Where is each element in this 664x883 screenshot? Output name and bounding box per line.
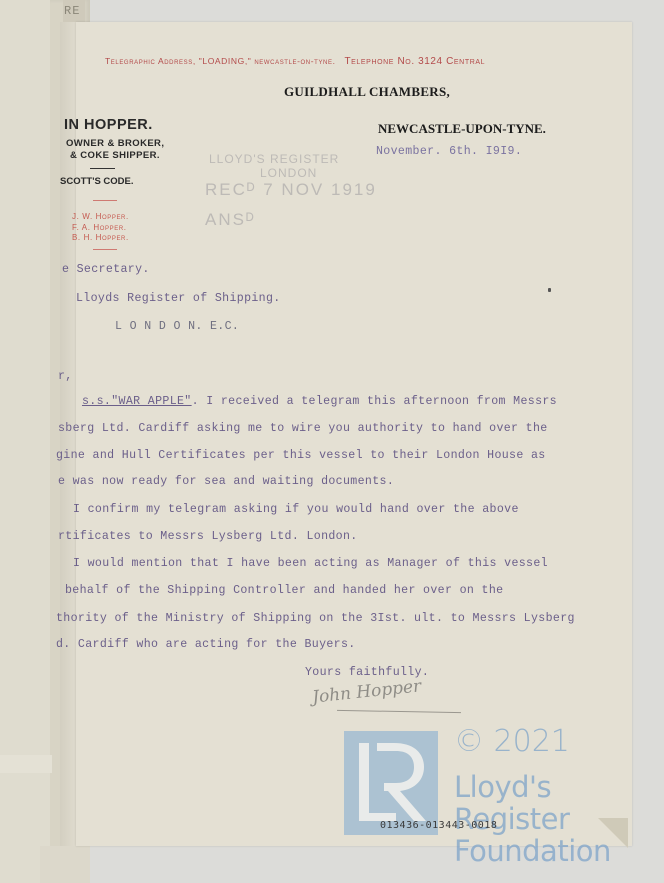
body-line-8: behalf of the Shipping Controller and ha… (65, 584, 503, 597)
telephone-number: Telephone No. 3124 Central (344, 56, 485, 67)
addressee-line-2: Lloyds Register of Shipping. (76, 292, 281, 305)
watermark-organization: Lloyd's Register Foundation (454, 771, 664, 867)
partners-divider-bottom (93, 249, 117, 250)
ink-speck (548, 288, 551, 292)
stamp-line-1: LLOYD'S REGISTER (209, 152, 339, 166)
addressee-line-1: e Secretary. (62, 263, 150, 276)
underlying-sheet-bottom (40, 846, 90, 883)
partner-name: J. W. Hopper. (72, 212, 129, 223)
stamp-line-3: RECᴰ 7 NOV 1919 (205, 180, 377, 200)
body-line-9: thority of the Ministry of Shipping on t… (56, 612, 575, 625)
letterhead-city: NEWCASTLE-UPON-TYNE. (378, 121, 546, 137)
body-line-3: gine and Hull Certificates per this vess… (56, 449, 546, 462)
firm-description-2: & COKE SHIPPER. (70, 150, 160, 161)
body-line-6: rtificates to Messrs Lysberg Ltd. London… (58, 530, 358, 543)
sheet-tab-text: RE (64, 4, 80, 18)
watermark-copyright: © 2021 (454, 724, 570, 759)
salutation: r, (58, 370, 73, 383)
addressee-line-3: L O N D O N. E.C. (115, 320, 239, 333)
letterhead-building: GUILDHALL CHAMBERS, (284, 84, 450, 100)
telegraph-code: SCOTT'S CODE. (60, 176, 134, 187)
letterhead-contact: Telegraphic Address, "LOADING," newcastl… (105, 56, 485, 67)
underlying-sheet-crease (0, 755, 52, 773)
partners-list: J. W. Hopper. F. A. Hopper. B. H. Hopper… (72, 212, 129, 244)
body-line-7: I would mention that I have been acting … (73, 557, 548, 570)
telegraphic-address: Telegraphic Address, "LOADING," newcastl… (105, 56, 336, 66)
firm-name: IN HOPPER. (64, 117, 153, 133)
body-line-4: e was now ready for sea and waiting docu… (58, 475, 394, 488)
letterhead-divider (90, 168, 115, 169)
stamp-line-4: ANSᴰ (205, 210, 256, 230)
body-line-5: I confirm my telegram asking if you woul… (73, 503, 519, 516)
partner-name: F. A. Hopper. (72, 223, 129, 234)
letter-date: November. 6th. I9I9. (376, 145, 522, 158)
partners-divider-top (93, 200, 117, 201)
archive-reference-number: 013436-013443-0018 (380, 820, 497, 831)
body-line-10: d. Cardiff who are acting for the Buyers… (56, 638, 356, 651)
vessel-subject: s.s."WAR APPLE" (82, 395, 192, 408)
body-line-2: sberg Ltd. Cardiff asking me to wire you… (58, 422, 548, 435)
firm-description-1: OWNER & BROKER, (66, 138, 164, 149)
stamp-line-2: LONDON (260, 166, 317, 180)
partner-name: B. H. Hopper. (72, 233, 129, 244)
body-line-1: s.s."WAR APPLE". I received a telegram t… (82, 395, 557, 408)
